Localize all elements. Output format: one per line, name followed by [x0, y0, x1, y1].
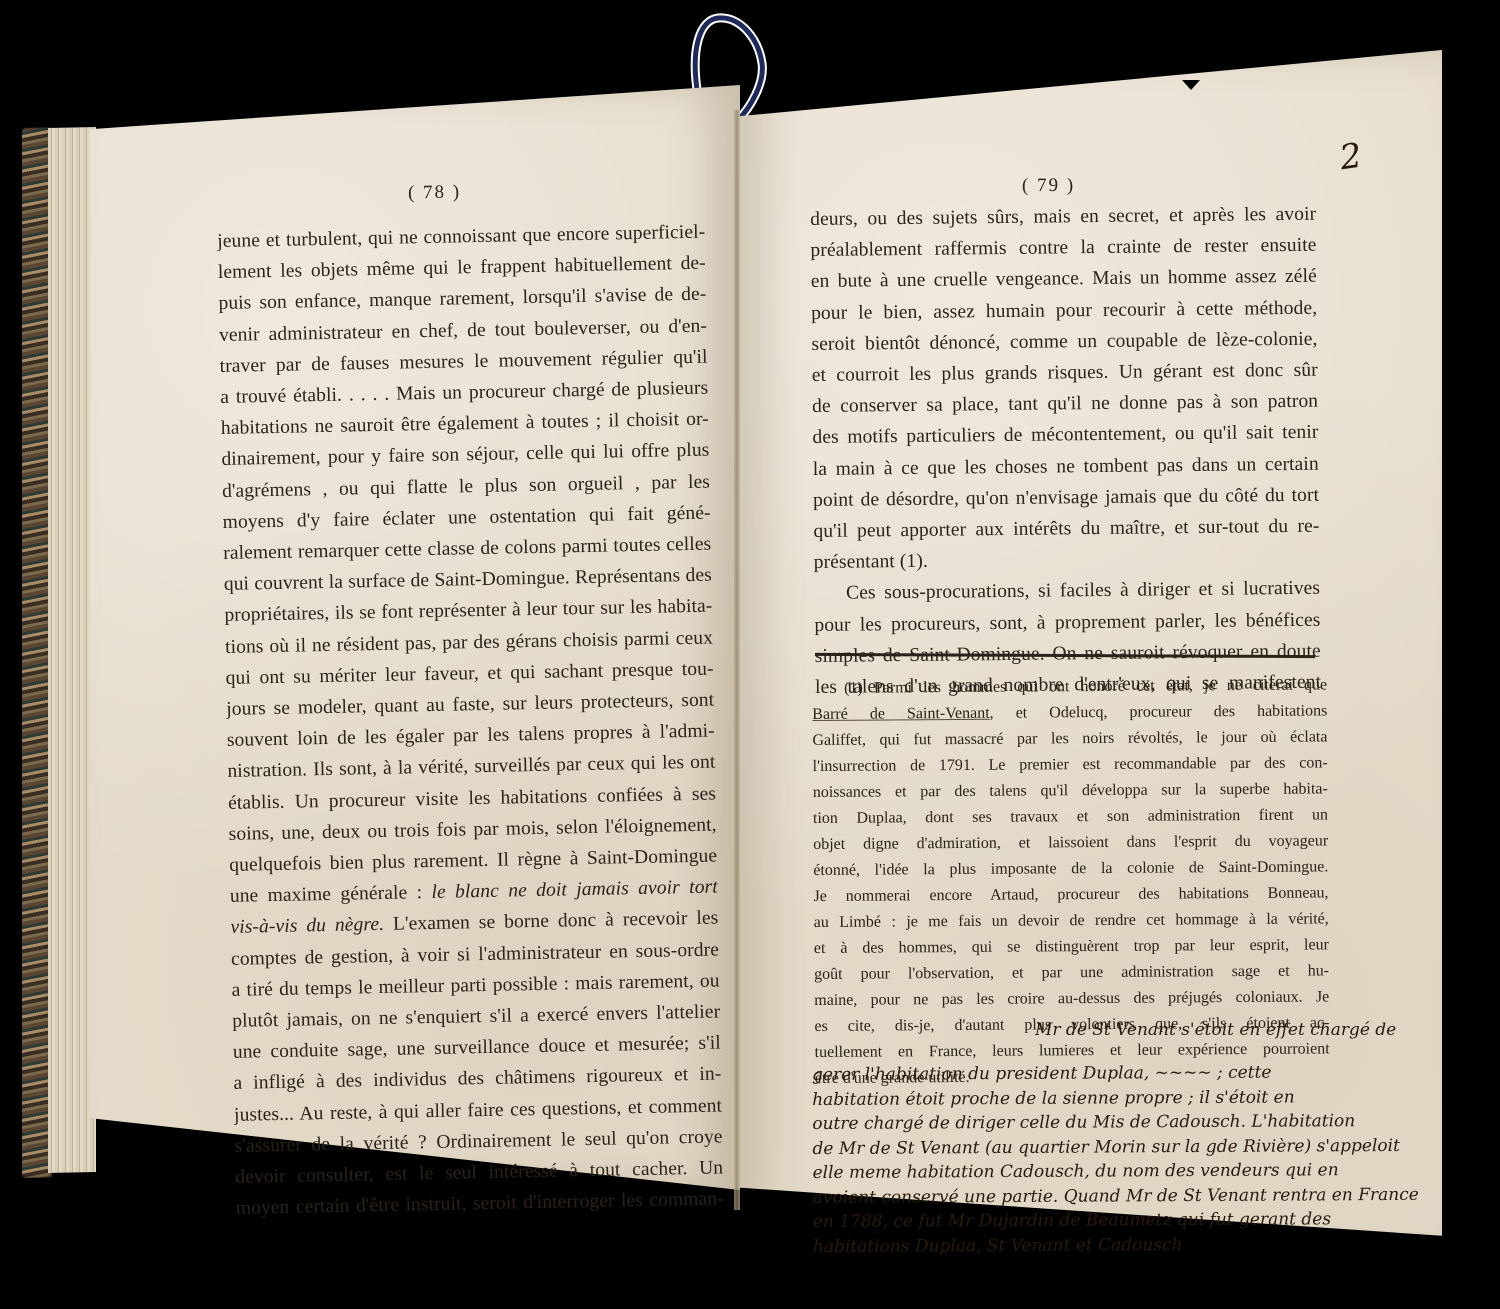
italic-maxim-end: vis-à-vis du nègre. — [230, 914, 384, 938]
handwritten-line: habitation étoit proche de la sienne pro… — [812, 1084, 1442, 1112]
handwritten-note: gerer l'habitation du president Duplaa, … — [812, 1060, 1443, 1259]
book-photo: ( 78 ) jeune et turbulent, qui ne connoi… — [0, 0, 1500, 1309]
footnote-line: (1) Parmi les hommes qui ont honoré cet … — [812, 672, 1327, 702]
footnote-line-with-underline: Barré de Saint-Venant, et Odelucq, procu… — [812, 698, 1327, 728]
text-fragment: , et Odelucq, procureur des habitations — [990, 702, 1328, 721]
page-notch — [1182, 80, 1200, 90]
handwritten-line: habitations Duplaa, St Venant et Cadousc… — [813, 1231, 1443, 1259]
footnote-line: maine, pour ne pas les croire au-dessus … — [814, 984, 1329, 1014]
underlined-name: Barré de Saint-Venant — [812, 705, 989, 723]
handwritten-line: en 1788, ce fut Mr Dujardin de Beaumetz … — [813, 1207, 1443, 1235]
book-gutter — [734, 110, 740, 1210]
footnote-line: étonné, l'idée la plus imposante de la c… — [813, 854, 1328, 884]
handwritten-line: avoient conservé une partie. Quand Mr de… — [813, 1182, 1443, 1210]
text-line: pour le bien, assez humain pour recourir… — [811, 292, 1317, 329]
handwritten-note-first-line: Mr de St Venant s'étoit en effet chargé … — [1035, 1020, 1435, 1040]
right-page-text: deurs, ou des sujets sûrs, mais en secre… — [810, 199, 1321, 704]
footnote-line: au Limbé : je me fais un devoir de rendr… — [814, 906, 1329, 936]
footnote-line: Galiffet, qui fut massacré par les noirs… — [812, 724, 1327, 754]
handwritten-line: de Mr de St Venant (au quartier Morin su… — [812, 1133, 1442, 1161]
footnote-line: Je nommerai encore Artaud, procureur des… — [813, 880, 1328, 910]
footnote-line: noissances et par des talens qu'il dével… — [813, 776, 1328, 806]
footnote-line: objet digne d'admiration, et laissoient … — [813, 828, 1328, 858]
footnote-line: tion Duplaa, dont ses travaux et son adm… — [813, 802, 1328, 832]
page-stack-edge — [48, 127, 96, 1173]
text-line: des motifs particuliers de mécontentemen… — [812, 417, 1318, 454]
text-fragment: L'examen se borne donc à recevoir les — [384, 908, 719, 935]
text-line: la main à ce que les choses ne tombent p… — [813, 448, 1319, 485]
left-page-text: jeune et turbulent, qui ne connoissant q… — [217, 217, 724, 1225]
handwritten-line: elle meme habitation Cadousch, du nom de… — [813, 1158, 1443, 1186]
footnote-line: l'insurrection de 1791. Le premier est r… — [813, 750, 1328, 780]
text-fragment: une maxime générale : — [230, 882, 432, 907]
page-number-left: ( 78 ) — [408, 182, 462, 205]
paragraph-start-line: Ces sous-procurations, si faciles à diri… — [814, 573, 1320, 610]
handwritten-line: outre chargé de diriger celle du Mis de … — [812, 1109, 1442, 1137]
text-line: en bute à une cruelle vengeance. Mais un… — [811, 261, 1317, 298]
text-line: qu'il peut apporter aux intérêts du maît… — [813, 511, 1319, 548]
italic-maxim: le blanc ne doit jamais avoir tort — [431, 877, 718, 903]
page-number-right: ( 79 ) — [1022, 175, 1075, 197]
footnote-line: et à des hommes, qui se distinguèrent tr… — [814, 932, 1329, 962]
footnote-line: goût pour l'observation, et par une admi… — [814, 958, 1329, 988]
text-line: pour les procureurs, sont, à proprement … — [814, 604, 1320, 641]
handwritten-line: gerer l'habitation du president Duplaa, … — [812, 1060, 1442, 1088]
